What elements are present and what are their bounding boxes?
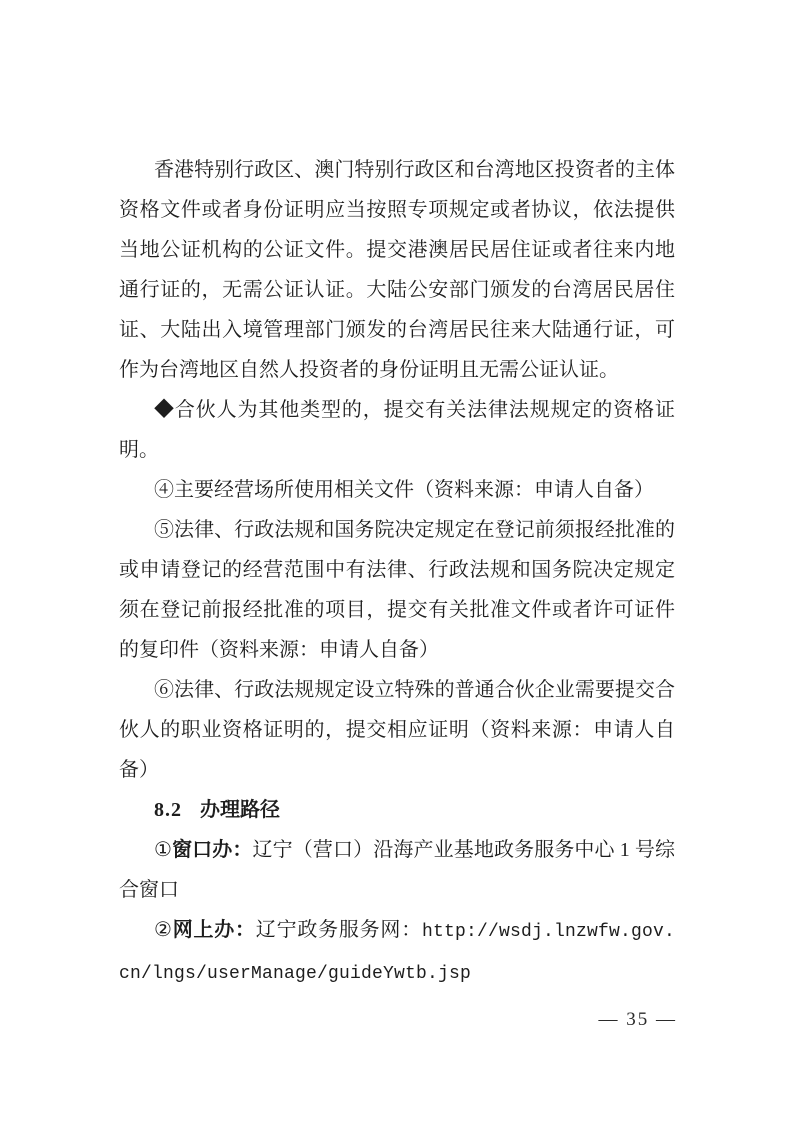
circled-4-icon: ④: [154, 479, 174, 501]
diamond-bullet-icon: ◆: [154, 399, 175, 421]
paragraph-investor-certification: 香港特别行政区、澳门特别行政区和台湾地区投资者的主体资格文件或者身份证明应当按照…: [119, 150, 675, 390]
bullet-other-partner-types-text: 合伙人为其他类型的，提交有关法律法规规定的资格证明。: [119, 399, 675, 461]
window-channel-label: 窗口办：: [172, 839, 252, 861]
online-channel-text: 辽宁政务服务网：: [256, 919, 422, 941]
item-online-channel: ②网上办：辽宁政务服务网：http://wsdj.lnzwfw.gov.cn/l…: [119, 910, 675, 994]
item-business-premises-text: 主要经营场所使用相关文件（资料来源：申请人自备）: [174, 479, 654, 501]
section-heading-8-2: 8.2办理路径: [119, 790, 675, 830]
circled-2-icon: ②: [154, 919, 173, 941]
page-number: — 35 —: [599, 1008, 678, 1032]
section-heading-title: 办理路径: [200, 799, 280, 821]
document-page: 香港特别行政区、澳门特别行政区和台湾地区投资者的主体资格文件或者身份证明应当按照…: [0, 0, 793, 1122]
circled-6-icon: ⑥: [154, 679, 174, 701]
item-special-partnership: ⑥法律、行政法规规定设立特殊的普通合伙企业需要提交合伙人的职业资格证明的，提交相…: [119, 670, 675, 790]
document-body: 香港特别行政区、澳门特别行政区和台湾地区投资者的主体资格文件或者身份证明应当按照…: [119, 150, 675, 994]
circled-5-icon: ⑤: [154, 519, 174, 541]
item-pre-approval: ⑤法律、行政法规和国务院决定规定在登记前须报经批准的或申请登记的经营范围中有法律…: [119, 510, 675, 670]
item-special-partnership-text: 法律、行政法规规定设立特殊的普通合伙企业需要提交合伙人的职业资格证明的，提交相应…: [119, 679, 675, 781]
online-channel-label: 网上办：: [173, 919, 256, 941]
item-pre-approval-text: 法律、行政法规和国务院决定规定在登记前须报经批准的或申请登记的经营范围中有法律、…: [119, 519, 675, 661]
item-business-premises: ④主要经营场所使用相关文件（资料来源：申请人自备）: [119, 470, 675, 510]
section-heading-number: 8.2: [154, 799, 182, 821]
item-window-channel: ①窗口办：辽宁（营口）沿海产业基地政务服务中心 1 号综合窗口: [119, 830, 675, 910]
circled-1-icon: ①: [154, 839, 172, 861]
bullet-other-partner-types: ◆合伙人为其他类型的，提交有关法律法规规定的资格证明。: [119, 390, 675, 470]
